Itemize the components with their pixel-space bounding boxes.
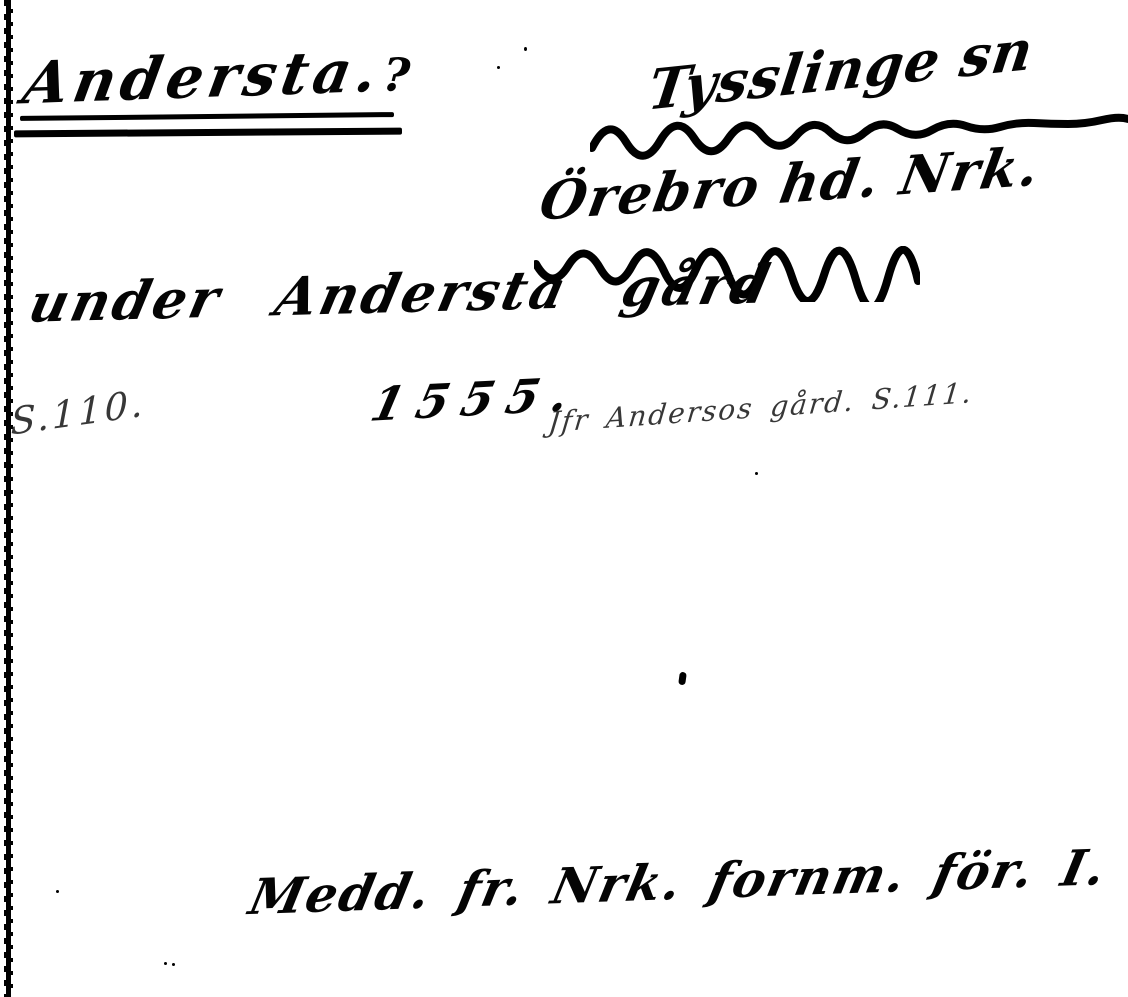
cross-reference-note: Jfr Andersos gård. S.111. (547, 379, 975, 437)
scan-speck (56, 890, 59, 893)
place-name-heading: Andersta. (19, 42, 386, 113)
source-citation: Medd. fr. Nrk. fornm. för. I. (245, 843, 1112, 922)
page-reference: S.110. (11, 384, 146, 440)
scan-speck (755, 472, 758, 475)
holding-note: under Andersta gård (24, 258, 777, 331)
scan-speck (172, 963, 175, 966)
scan-speck (524, 47, 527, 51)
query-mark: ? (381, 51, 411, 99)
scan-speck (164, 962, 167, 965)
scan-speck (497, 66, 500, 69)
ink-blot (678, 672, 687, 686)
heading-underline-bottom (14, 128, 402, 138)
archive-index-card: Andersta. ? Tysslinge sn Örebro hd. Nrk.… (0, 0, 1128, 997)
scan-edge-line (6, 0, 11, 997)
